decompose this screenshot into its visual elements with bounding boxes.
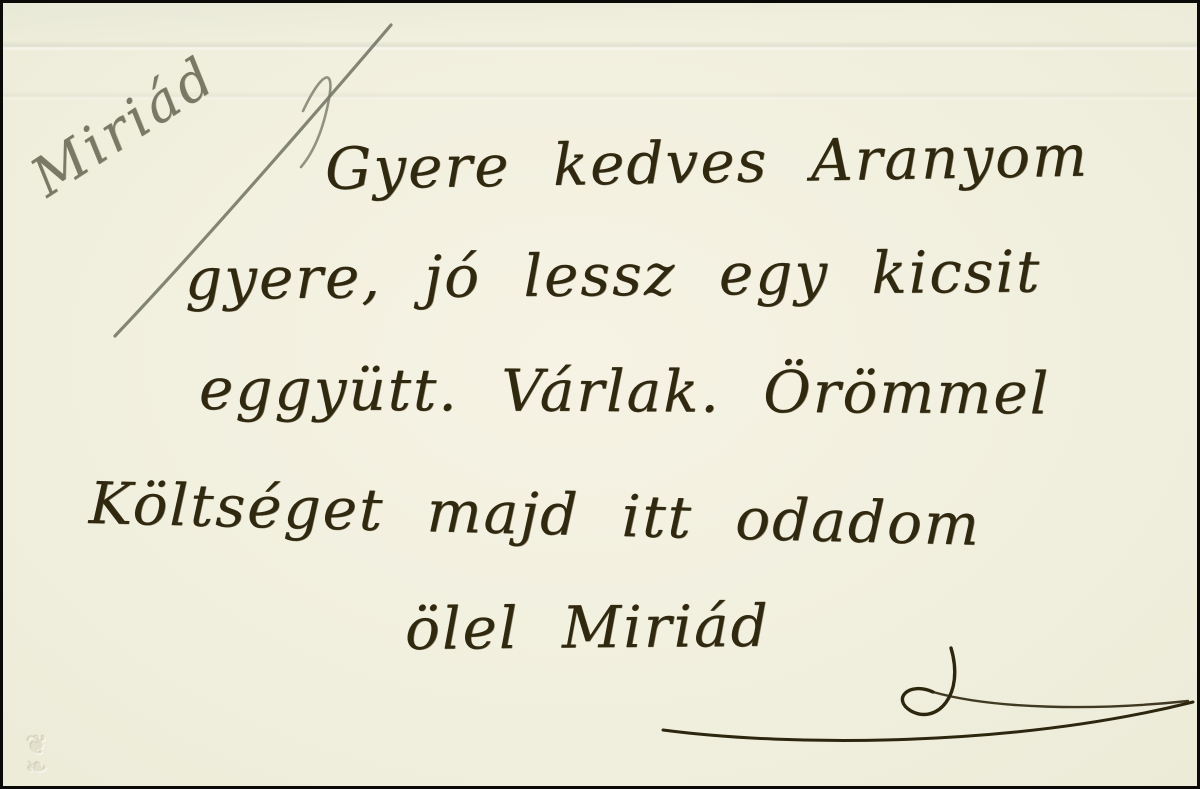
stamp-glyph-bottom: ❧ (11, 758, 63, 780)
handwriting-line-1: Gyere kedves Aranyom (324, 122, 1089, 203)
handwriting-line-3: eggyütt. Várlak. Örömmel (199, 355, 1051, 427)
handwriting-line-5: ölel Miriád (405, 592, 770, 663)
scanned-card: Miriád Gyere kedves Aranyom gyere, jó le… (0, 0, 1200, 789)
handwriting-line-2: gyere, jó lessz egy kicsit (185, 238, 1042, 313)
embossed-ornament-stamp-icon: ❦ ❧ (11, 736, 63, 780)
